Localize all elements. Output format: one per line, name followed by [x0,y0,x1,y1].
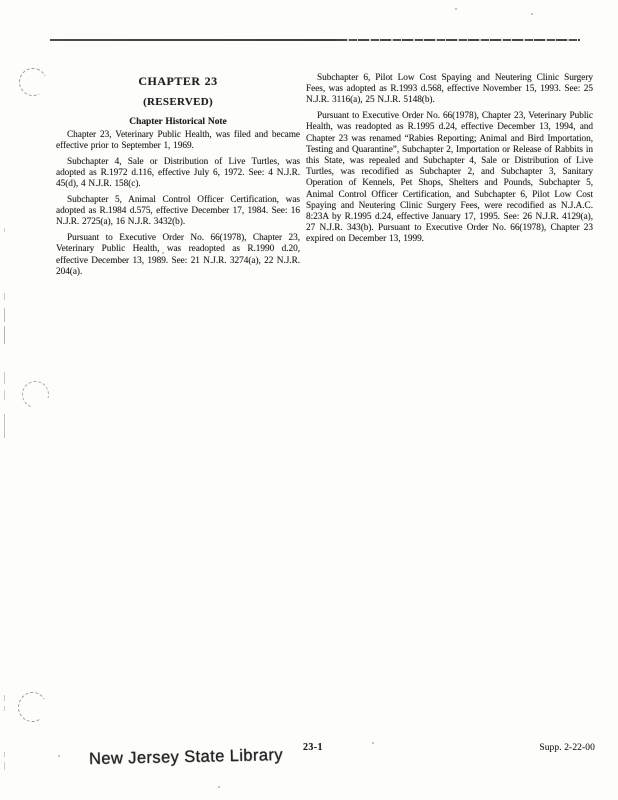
historical-note-paragraph: Chapter 23, Veterinary Public Health, wa… [56,130,300,152]
page-number: 23-1 [303,742,323,753]
scan-edge-artifact [4,762,5,770]
scan-speck [372,742,374,744]
scan-edge-artifact [4,228,5,232]
right-column: Subchapter 6, Pilot Low Cost Spaying and… [306,73,593,250]
historical-note-heading: Chapter Historical Note [56,116,300,128]
scanned-document-page: CHAPTER 23 (RESERVED) Chapter Historical… [0,0,618,800]
historical-note-paragraph: Pursuant to Executive Order No. 66(1978)… [56,233,300,278]
scan-edge-artifact [4,695,5,701]
scan-edge-artifact [4,752,5,757]
historical-note-paragraph: Subchapter 5, Animal Control Officer Cer… [56,195,300,229]
chapter-status: (RESERVED) [56,96,300,109]
punch-hole-mark-middle [17,376,54,413]
scan-edge-artifact [4,293,5,300]
supplement-date: Supp. 2-22-00 [539,743,595,753]
punch-hole-mark-top [15,64,50,99]
punch-hole-mark-bottom [15,689,50,724]
scan-edge-artifact [4,390,5,400]
left-column: CHAPTER 23 (RESERVED) Chapter Historical… [56,74,300,282]
scan-edge-artifact [4,326,5,344]
library-stamp: New Jersey State Library [89,746,283,769]
chapter-title: CHAPTER 23 [56,74,300,88]
scan-edge-artifact [4,372,5,384]
scan-edge-artifact [4,414,5,438]
scan-edge-artifact [4,706,5,711]
scan-speck [58,755,60,757]
scan-edge-artifact [4,308,5,322]
page-top-rule [50,39,580,41]
historical-note-paragraph: Subchapter 4, Sale or Distribution of Li… [56,157,300,191]
scan-speck [531,13,533,15]
scan-speck [455,8,457,10]
historical-note-paragraph: Subchapter 6, Pilot Low Cost Spaying and… [306,73,593,107]
scan-speck [218,786,220,788]
historical-note-paragraph: Pursuant to Executive Order No. 66(1978)… [306,111,593,245]
